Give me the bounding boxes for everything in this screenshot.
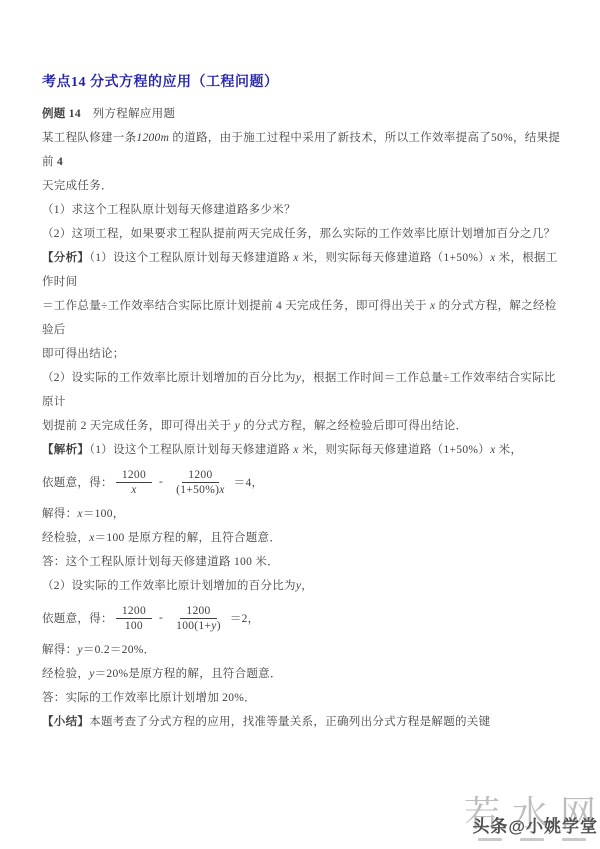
fraction-denominator: x: [125, 483, 142, 496]
question-1-line: （1）求这个工程队原计划每天修建道路多少米？: [42, 198, 562, 222]
watermark-subtext-bar: [562, 838, 586, 841]
solution-line: 经检验，x＝100 是原方程的解，且符合题意．: [42, 526, 562, 550]
text-run: 划提前 2 天完成任务，即可得出关于: [42, 420, 235, 432]
text-run: 的分式方程，解之经检验后即可得出结论．: [240, 420, 467, 432]
watermark-overlay-text: 头条@小姚学堂: [472, 812, 598, 837]
text-run: （1）设这个工程队原计划每天修建道路: [89, 252, 293, 264]
equation-2: 依题意，得：1200100-1200100(1+y)＝2，: [42, 598, 562, 638]
text-run: 100(1+: [176, 620, 211, 632]
summary-line: 【小结】本题考查了分式方程的应用，找准等量关系，正确列出分式方程是解题的关键: [42, 710, 562, 734]
text-run: 米，则实际每天修建道路（1+50%）: [299, 444, 490, 456]
text-run: （2）设实际的工作效率比原计划增加的百分比为: [42, 580, 296, 592]
fraction-denominator: 100: [119, 619, 149, 632]
text-run: ＝20%是原方程的解，且符合题意．: [95, 668, 282, 680]
text-run: ＝工作总量÷工作效率结合实际比原计划提前 4 天完成任务，即可得出关于: [42, 300, 430, 312]
text-run: ＝100，: [83, 508, 125, 520]
solution-line: 解得：y＝0.2＝20%．: [42, 638, 562, 662]
minus-operator: -: [159, 476, 163, 488]
equation-1: 依题意，得：1200x-1200(1+50%)x＝4，: [42, 462, 562, 502]
fraction-numerator: 1200: [116, 469, 152, 483]
text-run: 例题 14: [42, 108, 81, 120]
watermark: 若水网 头条@小姚学堂: [428, 795, 598, 849]
watermark-subtext-bar: [478, 838, 502, 841]
text-run: ，: [301, 580, 313, 592]
text-run: 米，: [495, 444, 522, 456]
text-run: 1200: [122, 469, 146, 481]
text-run: ＝100 是原方程的解，且符合题意．: [95, 532, 282, 544]
text-run: ＝4，: [234, 474, 264, 490]
text-run: 【小结】: [42, 716, 89, 728]
analysis-line: （2）设实际的工作效率比原计划增加的百分比为y，根据工作时间＝工作总量÷工作效率…: [42, 366, 562, 414]
problem-text-line: 天完成任务．: [42, 174, 562, 198]
text-run: 经检验，: [42, 668, 89, 680]
problem-text-line: 某工程队修建一条1200m 的道路，由于施工过程中采用了新技术，所以工作效率提高…: [42, 126, 562, 174]
text-run: 本题考查了分式方程的应用，找准等量关系，正确列出分式方程是解题的关键: [89, 716, 490, 728]
text-run: 经检验，: [42, 532, 89, 544]
text-run: 即可得出结论；: [42, 348, 125, 360]
document-body: 例题 14 列方程解应用题某工程队修建一条1200m 的道路，由于施工过程中采用…: [42, 102, 562, 734]
text-run: 解得：: [42, 644, 77, 656]
solution-line: （2）设实际的工作效率比原计划增加的百分比为y，: [42, 574, 562, 598]
text-run: 答：实际的工作效率比原计划增加 20%．: [42, 692, 256, 704]
text-run: （1）求这个工程队原计划每天修建道路多少米？: [42, 204, 296, 216]
text-run: 列方程解应用题: [81, 108, 175, 120]
fraction: 1200x: [116, 469, 152, 496]
text-run: 依题意，得：: [42, 474, 113, 490]
text-run: （1）设这个工程队原计划每天修建道路: [89, 444, 293, 456]
text-run: 天完成任务．: [42, 180, 113, 192]
text-run: (1+50%): [176, 484, 219, 496]
question-2-line: （2）这项工程，如果要求工程队提前两天完成任务，那么实际的工作效率比原计划增加百…: [42, 222, 562, 246]
fraction: 1200100(1+y): [170, 605, 227, 632]
answer-1-line: 答：这个工程队原计划每天修建道路 100 米．: [42, 550, 562, 574]
text-run: 答：这个工程队原计划每天修建道路 100 米．: [42, 556, 279, 568]
text-run: 【解析】: [42, 444, 89, 456]
fraction: 1200(1+50%)x: [170, 469, 230, 496]
minus-operator: -: [159, 612, 163, 624]
text-run: 依题意，得：: [42, 610, 113, 626]
text-run: ): [217, 620, 221, 632]
text-run: （2）这项工程，如果要求工程队提前两天完成任务，那么实际的工作效率比原计划增加百…: [42, 228, 555, 240]
page-title: 考点14 分式方程的应用（工程问题）: [42, 74, 562, 91]
fraction: 1200100: [116, 605, 152, 632]
text-run: 【分析】: [42, 252, 89, 264]
analysis-line: 划提前 2 天完成任务，即可得出关于 y 的分式方程，解之经检验后即可得出结论．: [42, 414, 562, 438]
text-run: 米，则实际每天修建道路（1+50%）: [299, 252, 490, 264]
fraction-numerator: 1200: [116, 605, 152, 619]
solution-line: 【解析】（1）设这个工程队原计划每天修建道路 x 米，则实际每天修建道路（1+5…: [42, 438, 562, 462]
solution-line: 解得：x＝100，: [42, 502, 562, 526]
text-run: 1200m: [136, 132, 169, 144]
watermark-subtext-bar: [520, 838, 544, 841]
text-run: 解得：: [42, 508, 77, 520]
fraction-denominator: (1+50%)x: [170, 483, 230, 496]
text-run: 1200: [186, 605, 210, 617]
text-run: （2）设实际的工作效率比原计划增加的百分比为: [42, 372, 296, 384]
fraction-numerator: 1200: [182, 469, 218, 483]
text-run: ＝2，: [230, 610, 260, 626]
text-run: ＝0.2＝20%．: [83, 644, 156, 656]
watermark-subtext: [478, 838, 586, 841]
text-run: 1200: [188, 469, 212, 481]
analysis-line: 即可得出结论；: [42, 342, 562, 366]
text-run: 1200: [122, 605, 146, 617]
fraction-denominator: 100(1+y): [170, 619, 227, 632]
answer-2-line: 答：实际的工作效率比原计划增加 20%．: [42, 686, 562, 710]
text-run: 4: [57, 156, 63, 168]
text-run: x: [219, 484, 224, 496]
solution-line: 经检验，y＝20%是原方程的解，且符合题意．: [42, 662, 562, 686]
analysis-line: 【分析】（1）设这个工程队原计划每天修建道路 x 米，则实际每天修建道路（1+5…: [42, 246, 562, 294]
document-page: 考点14 分式方程的应用（工程问题） 例题 14 列方程解应用题某工程队修建一条…: [42, 74, 562, 734]
text-run: x: [131, 484, 136, 496]
analysis-line: ＝工作总量÷工作效率结合实际比原计划提前 4 天完成任务，即可得出关于 x 的分…: [42, 294, 562, 342]
fraction-numerator: 1200: [180, 605, 216, 619]
text-run: 100: [125, 620, 143, 632]
text-run: 某工程队修建一条: [42, 132, 136, 144]
example-heading-line: 例题 14 列方程解应用题: [42, 102, 562, 126]
